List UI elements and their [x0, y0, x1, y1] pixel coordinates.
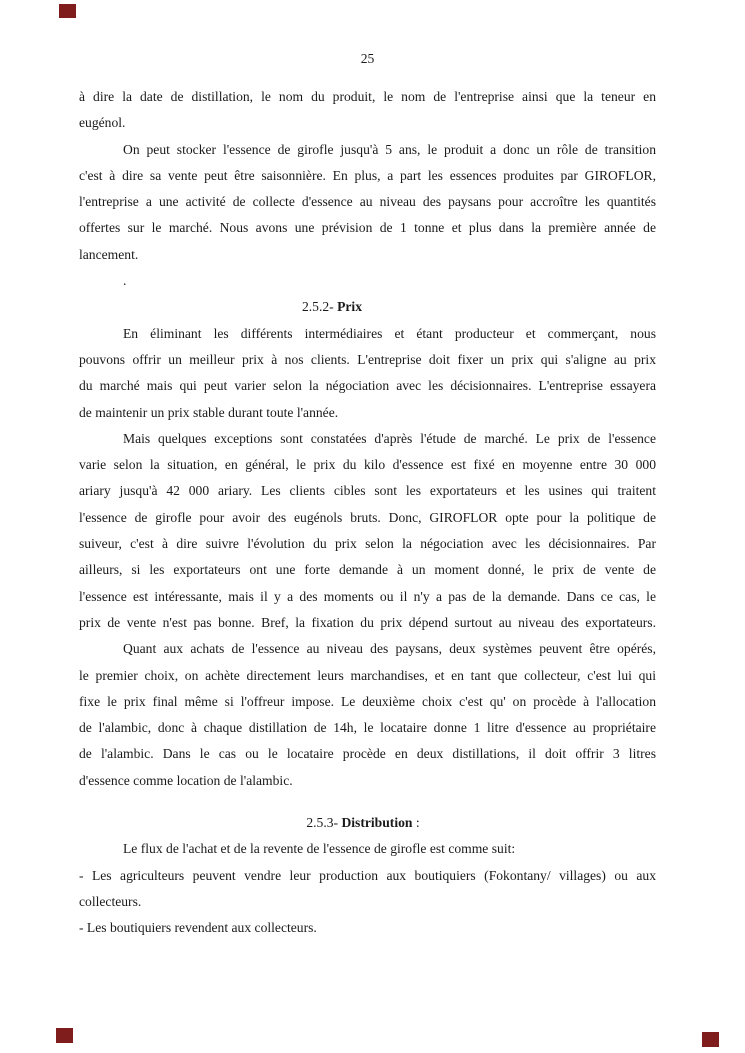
corner-mark-bottom-right [702, 1032, 719, 1047]
text-line: . [79, 268, 656, 294]
text-line: pouvons offrir un meilleur prix à nos cl… [79, 347, 656, 373]
document-page: 25 à dire la date de distillation, le no… [0, 0, 745, 1053]
text-line: lancement. [79, 242, 656, 268]
text-line: l'essence est intéressante, mais il y a … [79, 584, 656, 610]
text-column: à dire la date de distillation, le nom d… [79, 84, 656, 942]
heading-suffix: : [412, 815, 419, 830]
text-line: du marché mais qui peut varier selon la … [79, 373, 656, 399]
text-line: Le flux de l'achat et de la revente de l… [79, 836, 656, 862]
text-line: prix de vente n'est pas bonne. Bref, la … [79, 610, 656, 636]
text-line: suiveur, c'est à dire suivre l'évolution… [79, 531, 656, 557]
text-line: le premier choix, on achète directement … [79, 663, 656, 689]
page-number: 25 [79, 46, 656, 72]
text-line: En éliminant les différents intermédiair… [79, 321, 656, 347]
text-line: à dire la date de distillation, le nom d… [79, 84, 656, 110]
text-line: l'essence de girofle pour avoir des eugé… [79, 505, 656, 531]
heading-title: Distribution [341, 815, 412, 830]
heading-number: 2.5.2- [302, 299, 337, 314]
text-line: ariary jusqu'à 42 000 ariary. Les client… [79, 478, 656, 504]
text-line: - Les boutiquiers revendent aux collecte… [79, 915, 656, 941]
text-line: fixe le prix final même si l'offreur imp… [79, 689, 656, 715]
text-line: Mais quelques exceptions sont constatées… [79, 426, 656, 452]
text-line: Quant aux achats de l'essence au niveau … [79, 636, 656, 662]
text-line: c'est à dire sa vente peut être saisonni… [79, 163, 656, 189]
text-line: eugénol. [79, 110, 656, 136]
text-line: de maintenir un prix stable durant toute… [79, 400, 656, 426]
text-line: collecteurs. [79, 889, 656, 915]
section-heading: 2.5.3- Distribution : [79, 810, 656, 836]
corner-mark-top-left [59, 4, 76, 18]
text-line: varie selon la situation, en général, le… [79, 452, 656, 478]
heading-title: Prix [337, 299, 362, 314]
heading-number: 2.5.3- [306, 815, 341, 830]
text-line: de l'alambic, donc à chaque distillation… [79, 715, 656, 741]
text-line: l'entreprise a une activité de collecte … [79, 189, 656, 215]
text-line: On peut stocker l'essence de girofle jus… [79, 137, 656, 163]
section-gap [79, 794, 656, 810]
corner-mark-bottom-left [56, 1028, 73, 1043]
text-line: offertes sur le marché. Nous avons une p… [79, 215, 656, 241]
text-line: - Les agriculteurs peuvent vendre leur p… [79, 863, 656, 889]
text-line: d'essence comme location de l'alambic. [79, 768, 656, 794]
text-line: de l'alambic. Dans le cas ou le locatair… [79, 741, 656, 767]
section-heading: 2.5.2- Prix [79, 294, 656, 320]
text-line: ailleurs, si les exportateurs ont une fo… [79, 557, 656, 583]
